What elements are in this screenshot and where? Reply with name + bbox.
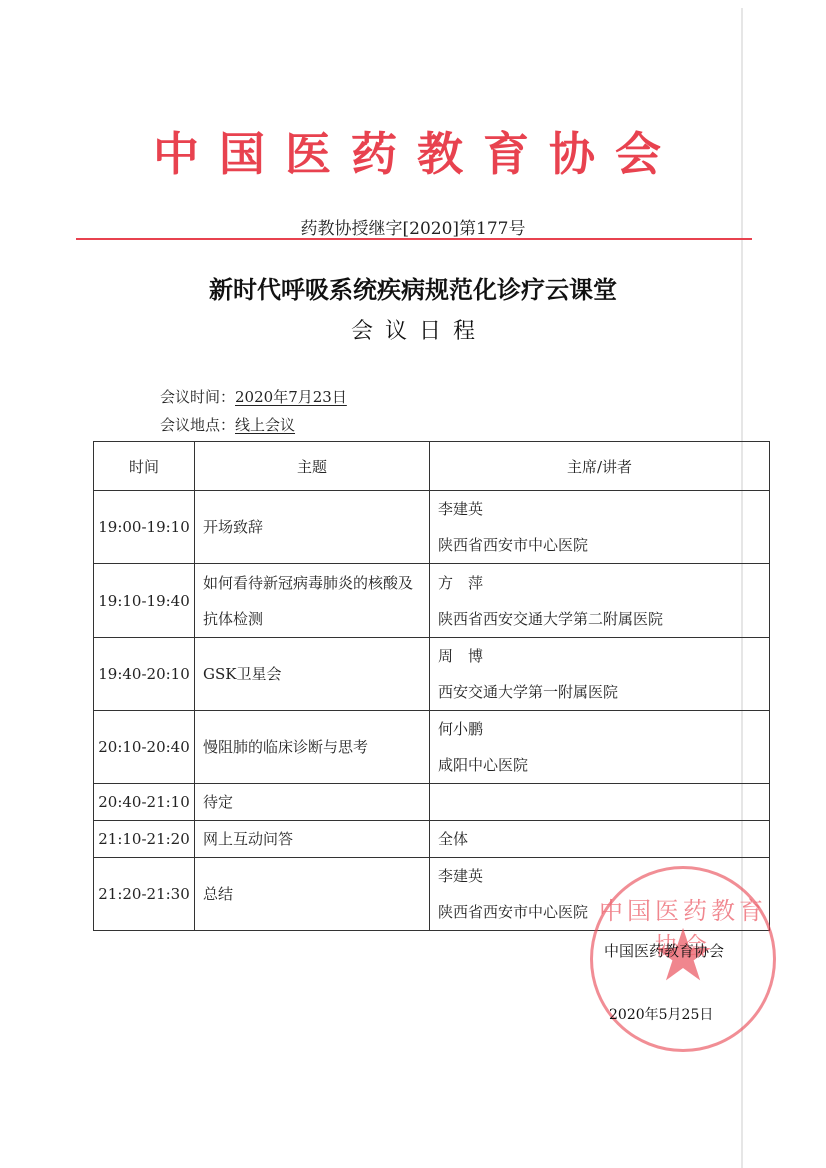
speaker-name: 周 博: [438, 638, 761, 674]
meeting-place-label: 会议地点：: [160, 416, 235, 434]
speaker-cell: [430, 784, 770, 821]
speaker-name: 方 萍: [438, 565, 761, 601]
header-topic: 主题: [195, 442, 430, 491]
speaker-name: 李建英: [438, 491, 761, 527]
speaker-org: 陕西省西安市中心医院: [438, 527, 761, 563]
time-cell: 21:10-21:20: [94, 821, 195, 858]
header-speaker: 主席/讲者: [430, 442, 770, 491]
topic-cell: 如何看待新冠病毒肺炎的核酸及抗体检测: [195, 564, 430, 638]
meeting-place-value: 线上会议: [235, 416, 295, 434]
topic-cell: GSK卫星会: [195, 638, 430, 711]
speaker-name: 何小鹏: [438, 711, 761, 747]
header-time: 时间: [94, 442, 195, 491]
time-cell: 20:40-21:10: [94, 784, 195, 821]
org-letterhead-title: 中国医药教育协会: [0, 118, 826, 184]
speaker-cell: 李建英 陕西省西安市中心医院: [430, 491, 770, 564]
topic-cell: 待定: [195, 784, 430, 821]
time-cell: 19:40-20:10: [94, 638, 195, 711]
time-cell: 21:20-21:30: [94, 858, 195, 931]
speaker-org: 咸阳中心医院: [438, 747, 761, 783]
agenda-table: 时间 主题 主席/讲者 19:00-19:10 开场致辞 李建英 陕西省西安市中…: [93, 441, 770, 931]
speaker-cell: 方 萍 陕西省西安交通大学第二附属医院: [430, 564, 770, 638]
letterhead-divider: [76, 238, 752, 240]
time-cell: 19:00-19:10: [94, 491, 195, 564]
speaker-cell: 何小鹏 咸阳中心医院: [430, 711, 770, 784]
meeting-title: 新时代呼吸系统疾病规范化诊疗云课堂: [0, 270, 826, 305]
speaker-org: 西安交通大学第一附属医院: [438, 674, 761, 710]
table-header-row: 时间 主题 主席/讲者: [94, 442, 770, 491]
meeting-time: 会议时间：2020年7月23日: [160, 386, 347, 407]
speaker-cell: 周 博 西安交通大学第一附属医院: [430, 638, 770, 711]
topic-cell: 网上互动问答: [195, 821, 430, 858]
table-row: 19:10-19:40 如何看待新冠病毒肺炎的核酸及抗体检测 方 萍 陕西省西安…: [94, 564, 770, 638]
topic-cell: 总结: [195, 858, 430, 931]
meeting-time-label: 会议时间：: [160, 388, 235, 406]
table-row: 21:10-21:20 网上互动问答 全体: [94, 821, 770, 858]
topic-cell: 慢阻肺的临床诊断与思考: [195, 711, 430, 784]
meeting-place: 会议地点：线上会议: [160, 414, 295, 435]
table-row: 20:40-21:10 待定: [94, 784, 770, 821]
signature-date: 2020年5月25日: [609, 1004, 713, 1024]
meeting-time-value: 2020年7月23日: [235, 388, 347, 406]
time-cell: 19:10-19:40: [94, 564, 195, 638]
table-row: 19:40-20:10 GSK卫星会 周 博 西安交通大学第一附属医院: [94, 638, 770, 711]
table-row: 19:00-19:10 开场致辞 李建英 陕西省西安市中心医院: [94, 491, 770, 564]
agenda-subtitle: 会议日程: [0, 314, 826, 345]
signature-org: 中国医药教育协会: [604, 940, 724, 961]
speaker-cell: 全体: [430, 821, 770, 858]
document-number: 药教协授继字[2020]第177号: [0, 214, 826, 239]
table-row: 20:10-20:40 慢阻肺的临床诊断与思考 何小鹏 咸阳中心医院: [94, 711, 770, 784]
topic-cell: 开场致辞: [195, 491, 430, 564]
speaker-org: 陕西省西安交通大学第二附属医院: [438, 601, 761, 637]
time-cell: 20:10-20:40: [94, 711, 195, 784]
